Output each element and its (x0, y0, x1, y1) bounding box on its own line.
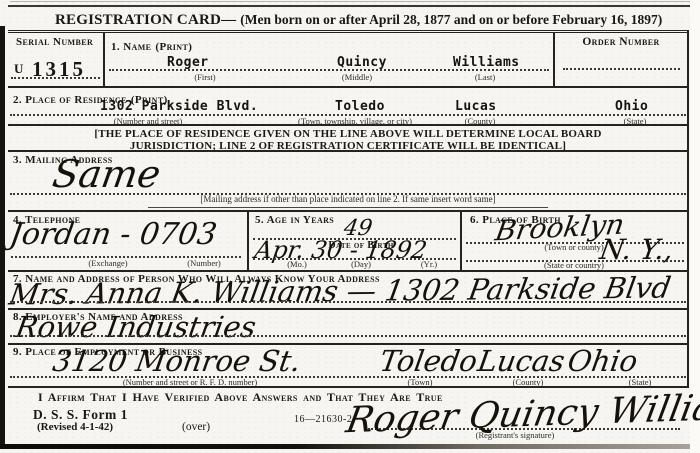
registration-card-scan: REGISTRATION CARD— (Men born on or after… (0, 0, 700, 453)
jurisdiction-notice-line1: [THE PLACE OF RESIDENCE GIVEN ON THE LIN… (8, 129, 688, 141)
mailing-sub-label: [Mailing address if other than place ind… (200, 195, 495, 204)
employment-county-value: Lucas (476, 347, 567, 376)
residence-county-value: Lucas (455, 100, 497, 113)
card-header: REGISTRATION CARD— (Men born on or after… (55, 11, 662, 29)
serial-prefix: U (14, 61, 23, 77)
dob-sub-yr: (Yr.) (421, 260, 437, 269)
row-serial-name-order: Serial Number U 1315 1. Name (Print) Rog… (8, 30, 688, 88)
name-cell: 1. Name (Print) Roger Quincy Williams (F… (105, 33, 555, 86)
birth-sub-town: (Town or county) (544, 243, 603, 252)
residence-town-value: Toledo (335, 100, 385, 113)
employment-street-value: 3120 Monroe St. (51, 347, 303, 376)
telephone-cell: 4. Telephone Jordan - 0703 (Exchange) (N… (8, 212, 247, 270)
serial-number-label: Serial Number (16, 37, 93, 48)
card-title: REGISTRATION CARD— (55, 12, 236, 28)
mailing-underline-rule (148, 207, 548, 208)
contact-dotted-line (10, 301, 686, 303)
telephone-value: Jordan - 0703 (8, 220, 219, 250)
residence-sub-street: (Number and street) (114, 117, 182, 126)
name-middle-value: Quincy (337, 56, 387, 69)
telephone-sub-number: (Number) (187, 259, 221, 268)
over-note: (over) (182, 421, 210, 433)
card-top-rule (8, 5, 698, 7)
employment-sub-town: (Town) (408, 378, 433, 387)
scan-bottom-bar (0, 444, 700, 449)
birth-cell: 6. Place of Birth Brooklyn (Town or coun… (460, 212, 688, 270)
telephone-sub-exchange: (Exchange) (88, 259, 127, 268)
scan-top-line (10, 1, 698, 2)
scan-right-margin (690, 0, 700, 453)
residence-state-value: Ohio (615, 100, 648, 113)
employer-dotted-line (10, 335, 686, 337)
name-sub-middle: (Middle) (342, 73, 372, 82)
employment-sub-county: (County) (513, 378, 544, 387)
jurisdiction-notice-line2: JURISDICTION; LINE 2 OF REGISTRATION CER… (8, 141, 688, 153)
serial-number-cell: Serial Number U 1315 (8, 33, 105, 86)
serial-dotted-line (11, 77, 100, 79)
serial-number-value: 1315 (32, 59, 86, 79)
employment-town-value: Toledo (378, 347, 480, 376)
birth-sub-state: (State or country) (544, 261, 604, 270)
row-mailing-address: 3. Mailing Address Same [Mailing address… (8, 152, 688, 212)
age-dob-cell: 5. Age in Years 49 Date of Birth Apr. 30… (247, 212, 460, 270)
row-employer: 8. Employer's Name and Address Rowe Indu… (8, 310, 688, 345)
age-label: 5. Age in Years (255, 215, 334, 226)
residence-sub-state: (State) (624, 117, 647, 126)
dob-sub-mo: (Mo.) (287, 260, 307, 269)
name-first-value: Roger (167, 56, 209, 69)
scan-left-bar (0, 26, 5, 444)
employment-sub-state: (State) (629, 378, 652, 387)
order-dotted-line (563, 68, 680, 70)
name-dotted-line (109, 69, 549, 71)
name-sub-first: (First) (194, 73, 215, 82)
order-number-label: Order Number (582, 37, 659, 48)
residence-sub-county: (County) (465, 117, 496, 126)
dob-sub-day: (Day) (351, 260, 371, 269)
employment-sub-street: (Number and street or R. F. D. number) (123, 378, 257, 387)
jurisdiction-notice: [THE PLACE OF RESIDENCE GIVEN ON THE LIN… (8, 126, 688, 152)
contact-value: Mrs. Anna K. Williams — 1302 Parkside Bl… (7, 274, 673, 310)
card-subtitle: (Men born on or after April 28, 1877 and… (240, 12, 662, 27)
residence-sub-town: (Town, township, village, or city) (298, 117, 412, 126)
name-label: 1. Name (Print) (111, 37, 192, 55)
employment-state-value: Ohio (566, 347, 640, 376)
row-contact-person: 7. Name and Address of Person Who Will A… (8, 272, 688, 310)
mailing-address-value: Same (50, 155, 163, 193)
name-last-value: Williams (453, 56, 520, 69)
employment-dotted-line (10, 376, 686, 378)
row-phone-age-birth: 4. Telephone Jordan - 0703 (Exchange) (N… (8, 212, 688, 272)
print-code: 16—21630-2 (294, 414, 352, 425)
order-number-cell: Order Number (555, 33, 688, 86)
name-sub-last: (Last) (475, 73, 495, 82)
row-residence: 2. Place of Residence (Print) 1302 Parks… (8, 88, 688, 126)
row-employment: 9. Place of Employment or Business 3120 … (8, 345, 688, 388)
form-revised: (Revised 4-1-42) (37, 421, 113, 433)
employer-value: Rowe Industries (14, 313, 258, 342)
residence-street-value: 1302 Parkside Blvd. (100, 100, 258, 113)
